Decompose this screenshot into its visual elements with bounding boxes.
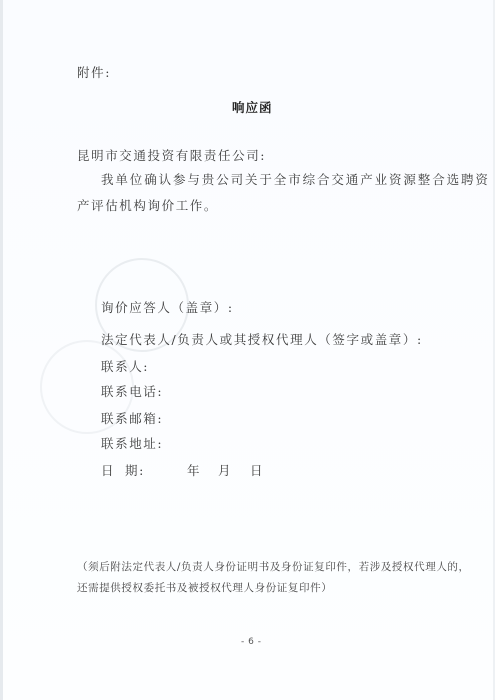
footnote-line: 还需提供授权委托书及被授权代理人身份证复印件）	[77, 580, 332, 595]
contact-person-field: 联系人:	[101, 357, 149, 375]
contact-email-field: 联系邮箱:	[101, 409, 163, 427]
date-label-2: 期:	[125, 461, 145, 479]
scan-edge-left	[0, 0, 3, 700]
contact-address-field: 联系地址:	[101, 434, 163, 452]
date-label-1: 日	[101, 461, 115, 479]
footnote-line: （须后附法定代表人/负责人身份证明书及身份证复印件，若涉及授权代理人的，	[77, 559, 470, 574]
legal-representative-field: 法定代表人/负责人或其授权代理人（签字或盖章）:	[101, 330, 423, 348]
document-page: 附件: 响应函 昆明市交通投资有限责任公司: 我单位确认参与贵公司关于全市综合交…	[0, 0, 495, 700]
attachment-label: 附件:	[77, 63, 111, 81]
body-paragraph-line: 产评估机构询价工作。	[77, 196, 218, 214]
recipient: 昆明市交通投资有限责任公司:	[77, 146, 266, 164]
respondent-field: 询价应答人（盖章）:	[101, 298, 234, 316]
body-paragraph-line: 我单位确认参与贵公司关于全市综合交通产业资源整合选聘资	[101, 170, 490, 188]
date-year: 年	[187, 461, 201, 479]
date-month: 月	[218, 461, 232, 479]
date-day: 日	[250, 461, 264, 479]
page-number: - 6 -	[241, 637, 261, 647]
document-title: 响应函	[232, 98, 273, 116]
contact-phone-field: 联系电话:	[101, 382, 163, 400]
